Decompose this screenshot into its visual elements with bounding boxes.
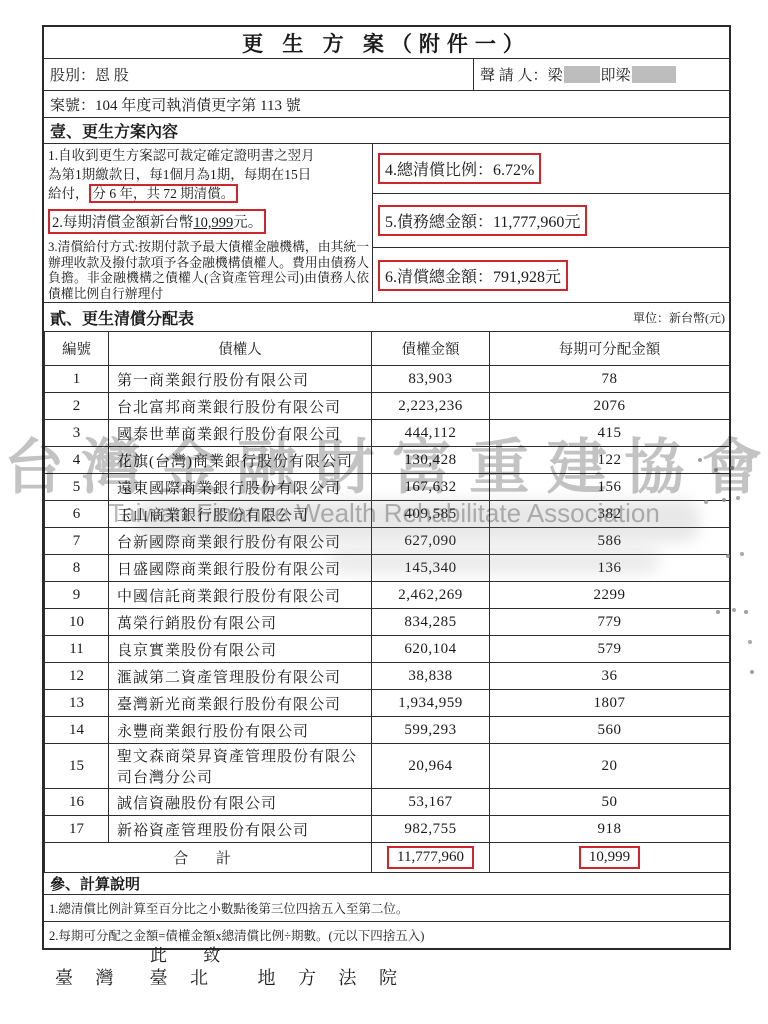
cell-per-period: 2076 <box>490 393 730 420</box>
table-row: 4花旗(台灣)商業銀行股份有限公司130,428122 <box>45 447 730 474</box>
cell-per-period: 2299 <box>490 582 730 609</box>
table-row: 15聖文森商榮昇資產管理股份有限公司台灣分公司20,96420 <box>45 744 730 789</box>
cell-claim: 53,167 <box>372 789 490 816</box>
cell-claim: 83,903 <box>372 366 490 393</box>
cell-claim: 982,755 <box>372 816 490 843</box>
cell-creditor: 日盛國際商業銀行股份有限公司 <box>109 555 372 582</box>
cell-claim: 167,632 <box>372 474 490 501</box>
cell-no: 5 <box>45 474 109 501</box>
closing-phrase: 此 致 <box>150 941 236 966</box>
table-row: 7台新國際商業銀行股份有限公司627,090586 <box>45 528 730 555</box>
table-row: 17新裕資產管理股份有限公司982,755918 <box>45 816 730 843</box>
cell-per-period: 779 <box>490 609 730 636</box>
cell-creditor: 台北富邦商業銀行股份有限公司 <box>109 393 372 420</box>
cell-creditor: 萬榮行銷股份有限公司 <box>109 609 372 636</box>
table-row: 6玉山商業銀行股份有限公司409,585382 <box>45 501 730 528</box>
total-repayment-value: 6.清償總金額：791,928元 <box>378 260 568 291</box>
section1-heading: 壹、更生方案內容 <box>44 118 729 144</box>
party-row: 股別：恩 股 聲 請 人：梁即梁 <box>44 59 729 91</box>
cell-creditor: 台新國際商業銀行股份有限公司 <box>109 528 372 555</box>
cell-no: 15 <box>45 744 109 789</box>
cell-claim: 1,934,959 <box>372 690 490 717</box>
cell-claim: 145,340 <box>372 555 490 582</box>
table-row: 1第一商業銀行股份有限公司83,90378 <box>45 366 730 393</box>
redaction-box <box>632 66 676 83</box>
cell-creditor: 良京實業股份有限公司 <box>109 636 372 663</box>
cell-creditor: 中國信託商業銀行股份有限公司 <box>109 582 372 609</box>
calc-note-1: 1.總清償比例計算至百分比之小數點後第三位四捨五入至第二位。 <box>44 894 729 921</box>
table-row: 8日盛國際商業銀行股份有限公司145,340136 <box>45 555 730 582</box>
cell-no: 4 <box>45 447 109 474</box>
cell-no: 2 <box>45 393 109 420</box>
applicant-alias: 即梁 <box>601 64 631 85</box>
section2-heading-row: 貳、更生清償分配表 單位：新台幣(元) <box>44 303 729 331</box>
total-debt-cell: 5.債務總金額：11,777,960元 <box>373 194 729 248</box>
plan-item1-line3-prefix: 給付， <box>48 186 89 201</box>
total-claim-cell: 11,777,960 <box>372 843 490 873</box>
applicant-cell: 聲 請 人：梁即梁 <box>473 59 729 90</box>
plan-item1-line3: 給付，分 6 年，共 72 期清償。 <box>48 184 369 203</box>
per-period-suffix: 元。 <box>233 215 262 231</box>
cell-claim: 20,964 <box>372 744 490 789</box>
cell-creditor: 遠東國際商業銀行股份有限公司 <box>109 474 372 501</box>
total-ratio-cell: 4.總清償比例：6.72% <box>373 144 729 194</box>
case-number: 案號：104 年度司執消債更字第 113 號 <box>44 91 729 118</box>
cell-per-period: 586 <box>490 528 730 555</box>
cell-creditor: 第一商業銀行股份有限公司 <box>109 366 372 393</box>
section2-heading: 貳、更生清償分配表 <box>50 306 194 329</box>
cell-creditor: 玉山商業銀行股份有限公司 <box>109 501 372 528</box>
cell-creditor: 花旗(台灣)商業銀行股份有限公司 <box>109 447 372 474</box>
cell-claim: 444,112 <box>372 420 490 447</box>
creditor-table: 編號 債權人 債權金額 每期可分配金額 1第一商業銀行股份有限公司83,9037… <box>44 331 730 873</box>
cell-no: 9 <box>45 582 109 609</box>
cell-claim: 2,223,236 <box>372 393 490 420</box>
cell-no: 13 <box>45 690 109 717</box>
cell-per-period: 20 <box>490 744 730 789</box>
total-row: 合 計 11,777,960 10,999 <box>45 843 730 873</box>
cell-no: 7 <box>45 528 109 555</box>
table-row: 13臺灣新光商業銀行股份有限公司1,934,9591807 <box>45 690 730 717</box>
cell-creditor: 新裕資產管理股份有限公司 <box>109 816 372 843</box>
cell-creditor: 臺灣新光商業銀行股份有限公司 <box>109 690 372 717</box>
cell-per-period: 560 <box>490 717 730 744</box>
total-ratio-value: 4.總清償比例：6.72% <box>378 153 541 184</box>
per-period-amount-line: 2.每期清償金額新台幣10,999元。 <box>48 209 266 234</box>
calc-note-2: 2.每期可分配之金額=債權金額x總清償比例÷期數。(元以下四捨五入) <box>44 921 729 948</box>
payment-method-text: 3.清償給付方式:按期付款予最大債權金融機構，由其統一辦理收款及撥付款項予各金融… <box>48 240 369 302</box>
cell-per-period: 36 <box>490 663 730 690</box>
cell-claim: 409,585 <box>372 501 490 528</box>
cell-per-period: 50 <box>490 789 730 816</box>
cell-no: 8 <box>45 555 109 582</box>
cell-claim: 599,293 <box>372 717 490 744</box>
table-row: 10萬榮行銷股份有限公司834,285779 <box>45 609 730 636</box>
total-label: 合 計 <box>45 843 372 873</box>
cell-claim: 2,462,269 <box>372 582 490 609</box>
cell-creditor: 聖文森商榮昇資產管理股份有限公司台灣分公司 <box>109 744 372 789</box>
cell-no: 10 <box>45 609 109 636</box>
table-row: 14永豐商業銀行股份有限公司599,293560 <box>45 717 730 744</box>
plan-item1-line1: 1.自收到更生方案認可裁定確定證明書之翌月 <box>48 146 369 165</box>
cell-claim: 620,104 <box>372 636 490 663</box>
section3-heading: 參、計算說明 <box>44 873 729 894</box>
cell-no: 14 <box>45 717 109 744</box>
highlighted-term: 分 6 年，共 72 期清償。 <box>89 184 239 203</box>
section3-calculation-notes: 參、計算說明 1.總清償比例計算至百分比之小數點後第三位四捨五入至第二位。 2.… <box>44 873 729 948</box>
col-header-claim: 債權金額 <box>372 332 490 366</box>
cell-no: 16 <box>45 789 109 816</box>
division-label: 股別：恩 股 <box>44 59 473 90</box>
table-row: 5遠東國際商業銀行股份有限公司167,632156 <box>45 474 730 501</box>
plan-terms-cell: 1.自收到更生方案認可裁定確定證明書之翌月 為第1期繳款日，每1個月為1期，每期… <box>44 144 373 302</box>
table-row: 12滙誠第二資產管理股份有限公司38,83836 <box>45 663 730 690</box>
cell-per-period: 918 <box>490 816 730 843</box>
plan-summary-cells: 4.總清償比例：6.72% 5.債務總金額：11,777,960元 6.清償總金… <box>373 144 729 302</box>
cell-claim: 834,285 <box>372 609 490 636</box>
document-title: 更 生 方 案（附件一） <box>44 27 729 59</box>
plan-item1-line2: 為第1期繳款日，每1個月為1期，每期在15日 <box>48 165 369 184</box>
cell-per-period: 136 <box>490 555 730 582</box>
cell-creditor: 滙誠第二資產管理股份有限公司 <box>109 663 372 690</box>
section1-body: 1.自收到更生方案認可裁定確定證明書之翌月 為第1期繳款日，每1個月為1期，每期… <box>44 144 729 303</box>
document-border: 更 生 方 案（附件一） 股別：恩 股 聲 請 人：梁即梁 案號：104 年度司… <box>42 25 731 950</box>
redaction-box <box>564 66 600 83</box>
cell-per-period: 1807 <box>490 690 730 717</box>
scanned-document-page: 更 生 方 案（附件一） 股別：恩 股 聲 請 人：梁即梁 案號：104 年度司… <box>0 0 768 1024</box>
cell-no: 12 <box>45 663 109 690</box>
cell-no: 11 <box>45 636 109 663</box>
cell-per-period: 122 <box>490 447 730 474</box>
total-repayment-cell: 6.清償總金額：791,928元 <box>373 248 729 302</box>
total-claim-value: 11,777,960 <box>387 846 474 869</box>
table-row: 2台北富邦商業銀行股份有限公司2,223,2362076 <box>45 393 730 420</box>
cell-per-period: 415 <box>490 420 730 447</box>
cell-claim: 627,090 <box>372 528 490 555</box>
cell-per-period: 382 <box>490 501 730 528</box>
cell-per-period: 78 <box>490 366 730 393</box>
per-period-prefix: 2.每期清償金額新台幣 <box>52 215 193 231</box>
table-row: 9中國信託商業銀行股份有限公司2,462,2692299 <box>45 582 730 609</box>
unit-label: 單位：新台幣(元) <box>633 309 725 326</box>
cell-claim: 38,838 <box>372 663 490 690</box>
creditor-table-body: 1第一商業銀行股份有限公司83,903782台北富邦商業銀行股份有限公司2,22… <box>45 366 730 843</box>
col-header-no: 編號 <box>45 332 109 366</box>
cell-no: 1 <box>45 366 109 393</box>
cell-no: 6 <box>45 501 109 528</box>
total-per-period-value: 10,999 <box>579 846 640 869</box>
cell-creditor: 誠信資融股份有限公司 <box>109 789 372 816</box>
table-row: 16誠信資融股份有限公司53,16750 <box>45 789 730 816</box>
cell-creditor: 永豐商業銀行股份有限公司 <box>109 717 372 744</box>
cell-no: 3 <box>45 420 109 447</box>
col-header-per-period: 每期可分配金額 <box>490 332 730 366</box>
applicant-label: 聲 請 人：梁 <box>480 64 563 85</box>
total-debt-value: 5.債務總金額：11,777,960元 <box>378 205 587 236</box>
court-name: 臺 灣 臺 北 地 方 法 院 <box>55 964 406 990</box>
cell-claim: 130,428 <box>372 447 490 474</box>
cell-no: 17 <box>45 816 109 843</box>
per-period-amount: 10,999 <box>193 215 233 231</box>
table-row: 3國泰世華商業銀行股份有限公司444,112415 <box>45 420 730 447</box>
table-row: 11良京實業股份有限公司620,104579 <box>45 636 730 663</box>
total-per-period-cell: 10,999 <box>490 843 730 873</box>
col-header-creditor: 債權人 <box>109 332 372 366</box>
cell-per-period: 156 <box>490 474 730 501</box>
table-header-row: 編號 債權人 債權金額 每期可分配金額 <box>45 332 730 366</box>
cell-creditor: 國泰世華商業銀行股份有限公司 <box>109 420 372 447</box>
cell-per-period: 579 <box>490 636 730 663</box>
